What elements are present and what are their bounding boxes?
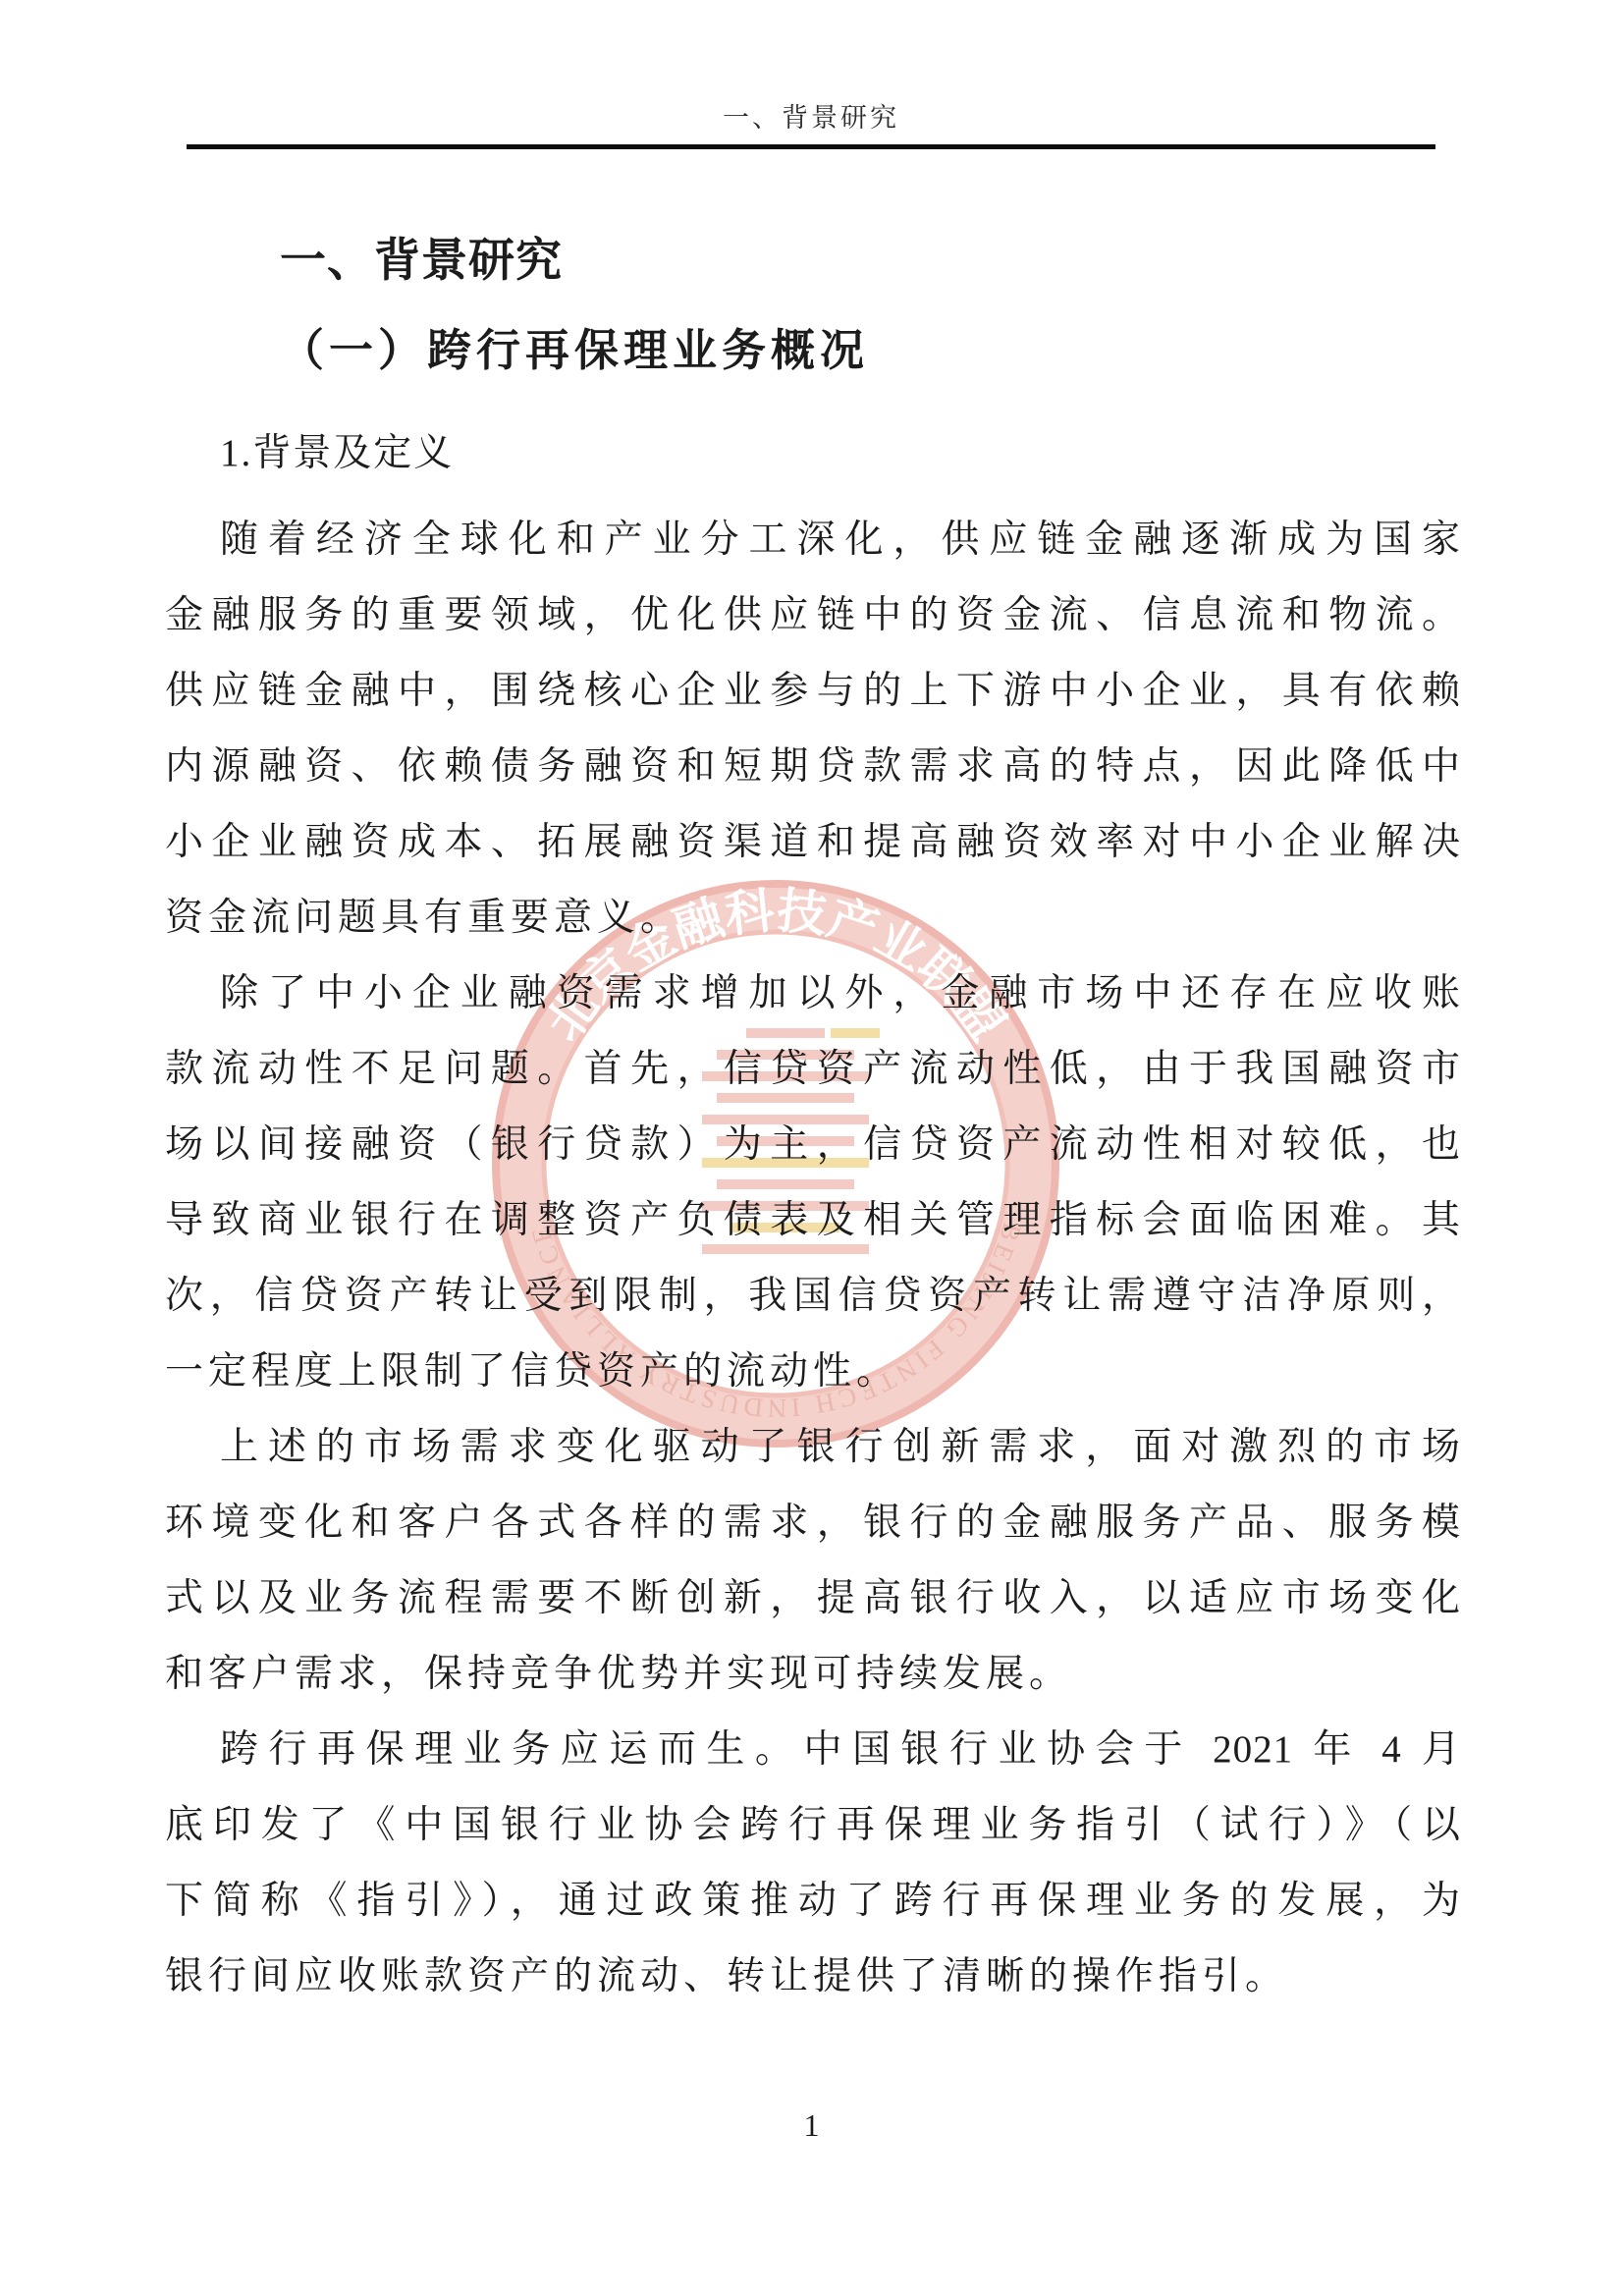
text-line: 除了中小企业融资需求增加以外，金融市场中还存在应收账 (165, 956, 1461, 1031)
header-rule (187, 144, 1435, 149)
text-line: 资金流问题具有重要意义。 (165, 880, 1461, 956)
document-page: 一、背景研究 北京金融科技产业联盟 BEIJING FINTECH INDUST… (0, 0, 1623, 2296)
text-line: 一定程度上限制了信贷资产的流动性。 (165, 1334, 1461, 1409)
text-line: 导致商业银行在调整资产负债表及相关管理指标会面临困难。其 (165, 1182, 1461, 1258)
text-line: 跨行再保理业务应运而生。中国银行业协会于 2021 年 4 月 (165, 1712, 1461, 1787)
running-header: 一、背景研究 (187, 96, 1435, 135)
text-line: 底印发了《中国银行业协会跨行再保理业务指引（试行）》（以 (165, 1787, 1461, 1863)
text-line: 上述的市场需求变化驱动了银行创新需求，面对激烈的市场 (165, 1409, 1461, 1485)
body-text: 随着经济全球化和产业分工深化，供应链金融逐渐成为国家 金融服务的重要领域，优化供… (165, 502, 1461, 2014)
doc-subtitle: （一）跨行再保理业务概况 (280, 314, 869, 378)
doc-title: 一、背景研究 (280, 224, 563, 290)
text-line: 场以间接融资（银行贷款）为主，信贷资产流动性相对较低，也 (165, 1107, 1461, 1182)
text-line: 金融服务的重要领域，优化供应链中的资金流、信息流和物流。 (165, 577, 1461, 653)
text-line: 式以及业务流程需要不断创新，提高银行收入，以适应市场变化 (165, 1560, 1461, 1636)
text-line: 小企业融资成本、拓展融资渠道和提高融资效率对中小企业解决 (165, 804, 1461, 880)
text-line: 内源融资、依赖债务融资和短期贷款需求高的特点，因此降低中 (165, 729, 1461, 804)
paragraph: 上述的市场需求变化驱动了银行创新需求，面对激烈的市场 环境变化和客户各式各样的需… (165, 1409, 1461, 1712)
paragraph: 除了中小企业融资需求增加以外，金融市场中还存在应收账 款流动性不足问题。首先，信… (165, 956, 1461, 1409)
text-line: 次，信贷资产转让受到限制，我国信贷资产转让需遵守洁净原则， (165, 1258, 1461, 1334)
text-line: 银行间应收账款资产的流动、转让提供了清晰的操作指引。 (165, 1939, 1461, 2014)
section-heading: 1.背景及定义 (220, 422, 454, 477)
paragraph: 随着经济全球化和产业分工深化，供应链金融逐渐成为国家 金融服务的重要领域，优化供… (165, 502, 1461, 956)
page-number: 1 (0, 2107, 1623, 2144)
text-line: 供应链金融中，围绕核心企业参与的上下游中小企业，具有依赖 (165, 653, 1461, 729)
text-line: 下简称《指引》），通过政策推动了跨行再保理业务的发展，为 (165, 1863, 1461, 1939)
text-line: 和客户需求，保持竞争优势并实现可持续发展。 (165, 1636, 1461, 1712)
text-line: 随着经济全球化和产业分工深化，供应链金融逐渐成为国家 (165, 502, 1461, 577)
text-line: 环境变化和客户各式各样的需求，银行的金融服务产品、服务模 (165, 1485, 1461, 1560)
paragraph: 跨行再保理业务应运而生。中国银行业协会于 2021 年 4 月 底印发了《中国银… (165, 1712, 1461, 2014)
text-line: 款流动性不足问题。首先，信贷资产流动性低，由于我国融资市 (165, 1031, 1461, 1107)
